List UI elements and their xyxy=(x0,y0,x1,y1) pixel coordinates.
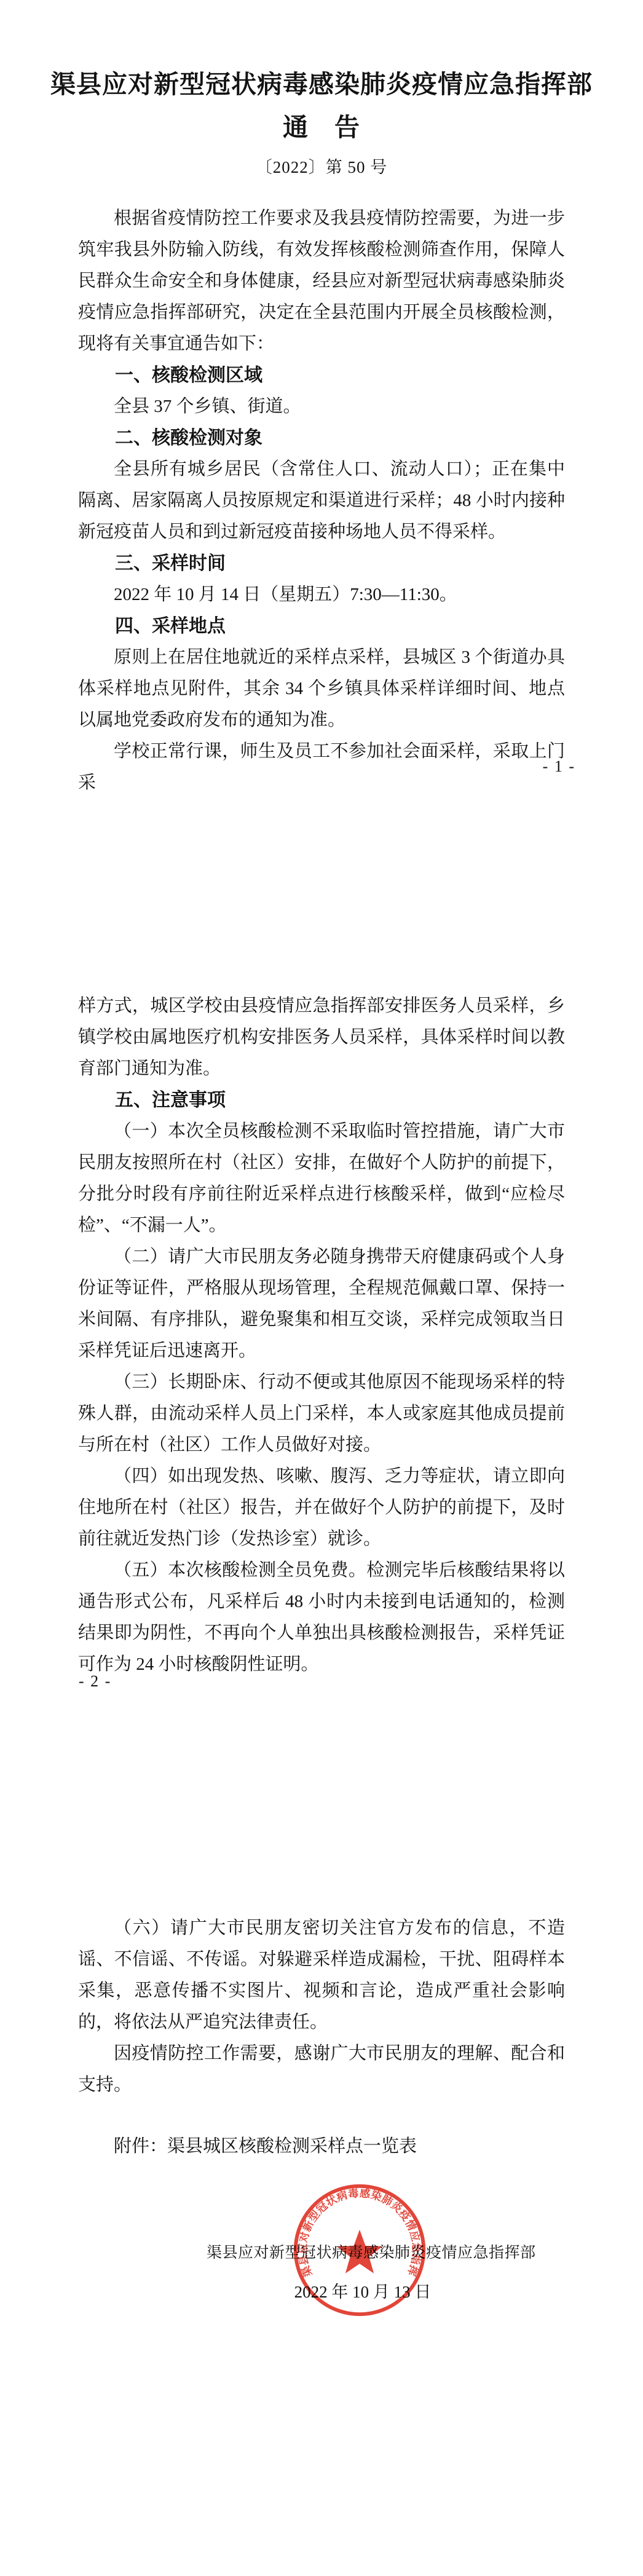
page-3-body: （六）请广大市民朋友密切关注官方发布的信息，不造谣、不信谣、不传谣。对躲避采样造… xyxy=(78,1913,565,2101)
notice-item-6: （六）请广大市民朋友密切关注官方发布的信息，不造谣、不信谣、不传谣。对躲避采样造… xyxy=(78,1913,565,2038)
paragraph-thanks: 因疫情防控工作需要，感谢广大市民朋友的理解、配合和支持。 xyxy=(78,2038,565,2101)
attachment-block: 附件：渠县城区核酸检测采样点一览表 xyxy=(78,2131,565,2162)
notice-document: { "colors": { "ink": "#121212", "seal_re… xyxy=(0,0,643,2576)
paragraph-school-part1: 学校正常行课，师生及员工不参加社会面采样，采取上门采 xyxy=(78,736,565,799)
page-2-body: 样方式，城区学校由县疫情应急指挥部安排医务人员采样，乡镇学校由属地医疗机构安排医… xyxy=(78,990,565,1680)
paragraph-target: 全县所有城乡居民（含常住人口、流动人口）；正在集中隔离、居家隔离人员按原规定和渠… xyxy=(78,454,565,548)
paragraph-time: 2022 年 10 月 14 日（星期五）7:30—11:30。 xyxy=(78,579,565,610)
paragraph-location: 原则上在居住地就近的采样点采样，县城区 3 个街道办具体采样地点见附件，其余 3… xyxy=(78,642,565,736)
paragraph-intro: 根据省疫情防控工作要求及我县疫情防控需要，为进一步筑牢我县外防输入防线，有效发挥… xyxy=(78,203,565,360)
page-number-2: - 2 - xyxy=(79,1672,111,1691)
attachment-line: 附件：渠县城区核酸检测采样点一览表 xyxy=(78,2131,565,2162)
document-title-line1: 渠县应对新型冠状病毒感染肺炎疫情应急指挥部 xyxy=(0,64,643,100)
section-heading-4: 四、采样地点 xyxy=(78,610,565,642)
seal-star-icon xyxy=(337,2230,383,2274)
paragraph-school-part2: 样方式，城区学校由县疫情应急指挥部安排医务人员采样，乡镇学校由属地医疗机构安排医… xyxy=(78,990,565,1085)
page-number-1: - 1 - xyxy=(543,757,575,776)
page-1-body: 根据省疫情防控工作要求及我县疫情防控需要，为进一步筑牢我县外防输入防线，有效发挥… xyxy=(78,203,565,799)
notice-item-5: （五）本次核酸检测全员免费。检测完毕后核酸结果将以通告形式公布，凡采样后 48 … xyxy=(78,1555,565,1680)
paragraph-region: 全县 37 个乡镇、街道。 xyxy=(78,391,565,422)
section-heading-5: 五、注意事项 xyxy=(78,1085,565,1116)
official-seal: 渠县应对新型冠状病毒感染肺炎疫情应急指挥部 xyxy=(287,2178,432,2323)
section-heading-3: 三、采样时间 xyxy=(78,548,565,579)
notice-item-3: （三）长期卧床、行动不便或其他原因不能现场采样的特殊人群，由流动采样人员上门采样… xyxy=(78,1367,565,1461)
notice-item-2: （二）请广大市民朋友务必随身携带天府健康码或个人身份证等证件，严格服从现场管理，… xyxy=(78,1241,565,1367)
doc-number: 〔2022〕第 50 号 xyxy=(0,154,643,178)
notice-item-4: （四）如出现发热、咳嗽、腹泻、乏力等症状，请立即向住地所在村（社区）报告，并在做… xyxy=(78,1461,565,1555)
notice-item-1: （一）本次全员核酸检测不采取临时管控措施，请广大市民朋友按照所在村（社区）安排，… xyxy=(78,1116,565,1241)
section-heading-2: 二、核酸检测对象 xyxy=(78,422,565,454)
document-title-line2: 通 告 xyxy=(0,107,643,143)
section-heading-1: 一、核酸检测区域 xyxy=(78,360,565,391)
